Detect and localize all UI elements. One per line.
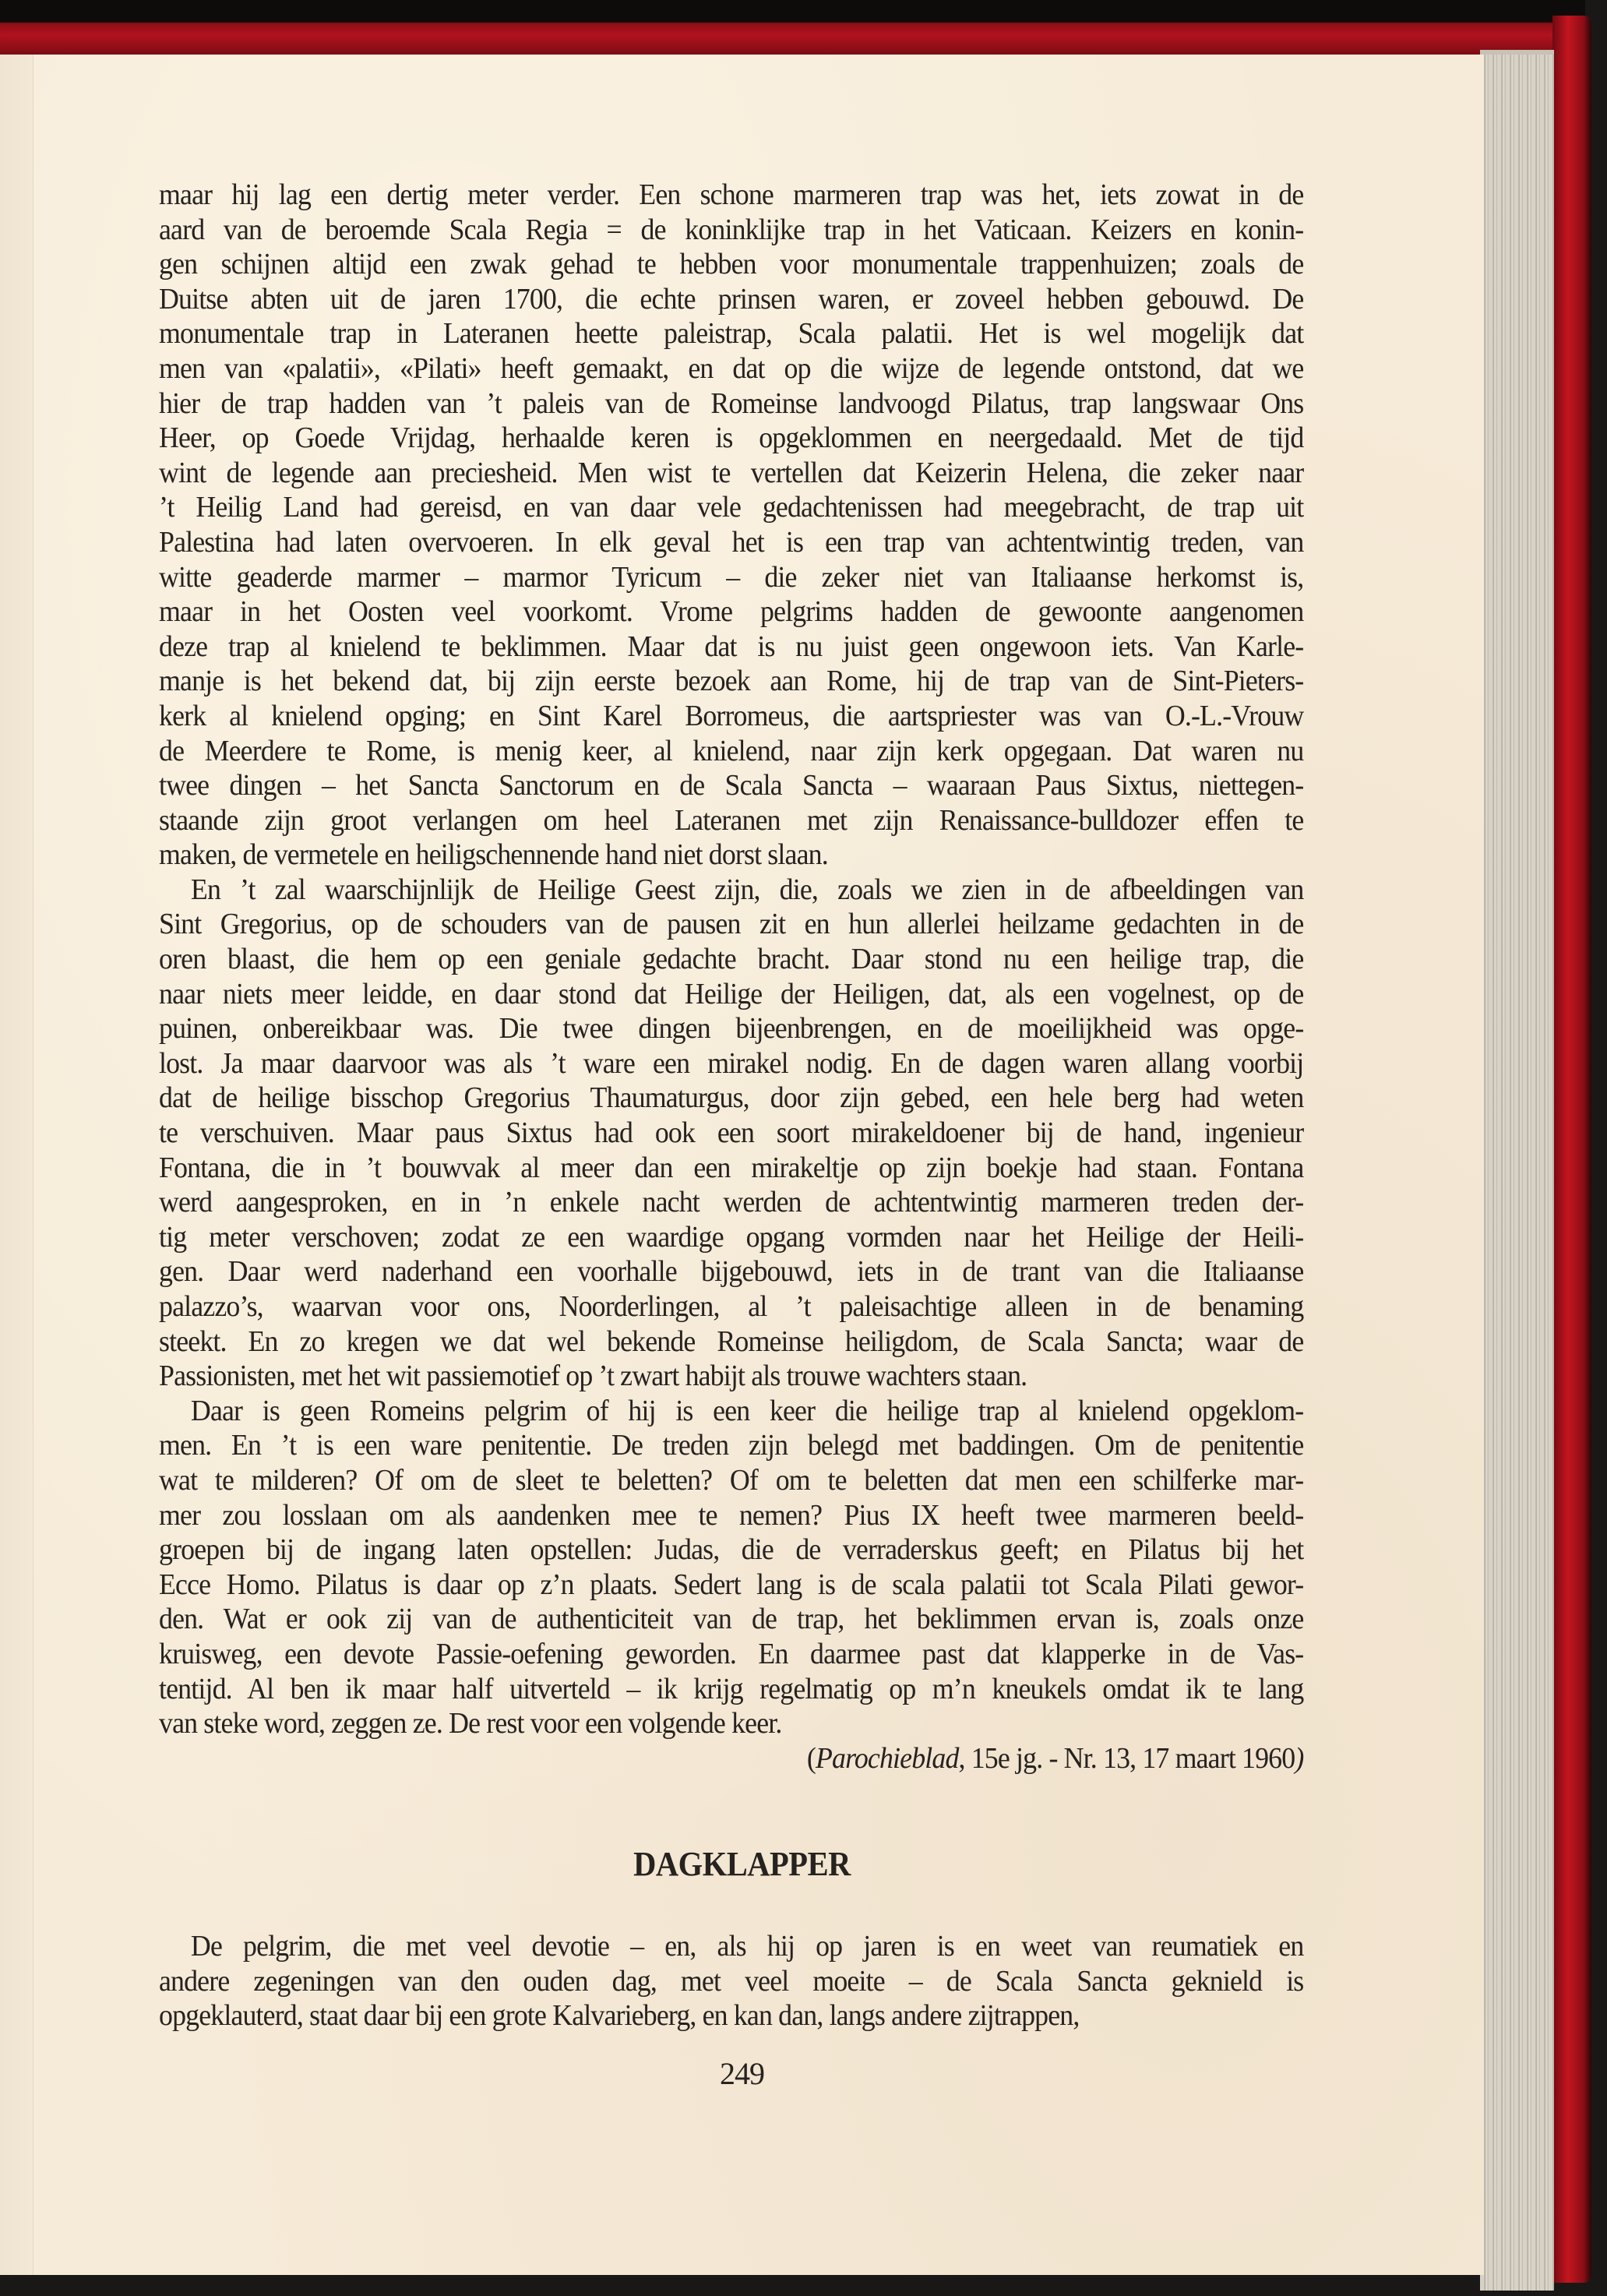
section-heading: DAGKLAPPER [59,1844,1425,1884]
text-line: aard van de beroemde Scala Regia = de ko… [159,213,1303,248]
text-line: En ’t zal waarschijnlijk de Heilige Gees… [159,873,1303,908]
text-line: hier de trap hadden van ’t paleis van de… [159,386,1303,421]
text-line: gen. Daar werd naderhand een voorhalle b… [159,1254,1303,1289]
paragraph: maar hij lag een dertig meter verder. Ee… [159,178,1303,873]
text-line: Fontana, die in ’t bouwvak al meer dan e… [159,1151,1303,1186]
book-binding-top [0,0,1585,56]
text-line: deze trap al knielend te beklimmen. Maar… [159,630,1303,665]
source-citation: (Parochieblad, 15e jg. - Nr. 13, 17 maar… [159,1741,1303,1776]
section-body: De pelgrim, die met veel devotie – en, a… [159,1929,1303,2033]
text-line: andere zegeningen van den ouden dag, met… [159,1964,1303,1999]
text-line: maar hij lag een dertig meter verder. Ee… [159,178,1303,213]
paragraph: En ’t zal waarschijnlijk de Heilige Gees… [159,873,1303,1394]
text-line: te verschuiven. Maar paus Sixtus had ook… [159,1116,1303,1151]
text-line: Heer, op Goede Vrijdag, herhaalde keren … [159,421,1303,456]
text-line: maar in het Oosten veel voorkomt. Vrome … [159,594,1303,630]
text-line: groepen bij de ingang laten opstellen: J… [159,1532,1303,1568]
text-line: gen schijnen altijd een zwak gehad te he… [159,247,1303,282]
citation-paren-open: ( [807,1742,816,1775]
text-line: opgeklauterd, staat daar bij een grote K… [159,1998,1303,2033]
text-line: palazzo’s, waarvan voor ons, Noorderling… [159,1289,1303,1324]
text-line: De pelgrim, die met veel devotie – en, a… [159,1929,1303,1964]
citation-details: , 15e jg. - Nr. 13, 17 maart 1960 [959,1742,1295,1775]
text-line: Ecce Homo. Pilatus is daar op z’n plaats… [159,1568,1303,1603]
text-line: tig meter verschoven; zodat ze een waard… [159,1220,1303,1255]
text-line: steekt. En zo kregen we dat wel bekende … [159,1324,1303,1360]
text-line: Passionisten, met het wit passiemotief o… [159,1359,1303,1394]
text-line: de Meerdere te Rome, is menig keer, al k… [159,734,1303,769]
book-binding-spine-edge [1552,16,1591,2283]
text-line: men van «palatii», «Pilati» heeft gemaak… [159,351,1303,386]
text-line: Palestina had laten overvoeren. In elk g… [159,525,1303,560]
text-line: manje is het bekend dat, bij zijn eerste… [159,664,1303,699]
page-gutter [0,55,33,2275]
text-line: men. En ’t is een ware penitentie. De tr… [159,1428,1303,1463]
citation-paren-close: ) [1295,1742,1303,1775]
paragraph: De pelgrim, die met veel devotie – en, a… [159,1929,1303,2033]
text-line: staande zijn groot verlangen om heel Lat… [159,803,1303,838]
text-line: puinen, onbereikbaar was. Die twee dinge… [159,1011,1303,1046]
text-line: van steke word, zeggen ze. De rest voor … [159,1706,1303,1741]
page-number: 249 [0,2055,1484,2092]
text-line: Duitse abten uit de jaren 1700, die echt… [159,282,1303,317]
text-line: wat te milderen? Of om de sleet te belet… [159,1463,1303,1498]
text-line: naar niets meer leidde, en daar stond da… [159,977,1303,1012]
text-line: Daar is geen Romeins pelgrim of hij is e… [159,1394,1303,1429]
text-line: Sint Gregorius, op de schouders van de p… [159,907,1303,942]
book-page-edges [1480,50,1554,2291]
text-line: kerk al knielend opging; en Sint Karel B… [159,699,1303,734]
text-line: den. Wat er ook zij van de authenticitei… [159,1602,1303,1637]
text-line: mer zou losslaan om als aandenken mee te… [159,1498,1303,1533]
paragraph: Daar is geen Romeins pelgrim of hij is e… [159,1394,1303,1741]
text-line: witte geaderde marmer – marmor Tyricum –… [159,560,1303,595]
text-line: lost. Ja maar daarvoor was als ’t ware e… [159,1046,1303,1081]
article-body: maar hij lag een dertig meter verder. Ee… [159,178,1303,1776]
text-line: oren blaast, die hem op een geniale geda… [159,942,1303,977]
text-line: dat de heilige bisschop Gregorius Thauma… [159,1081,1303,1116]
text-line: ’t Heilig Land had gereisd, en van daar … [159,490,1303,525]
text-line: wint de legende aan preciesheid. Men wis… [159,456,1303,491]
text-line: kruisweg, een devote Passie-oefening gew… [159,1637,1303,1672]
citation-publication: Parochieblad [816,1742,959,1775]
text-line: maken, de vermetele en heiligschennende … [159,838,1303,873]
text-line: monumentale trap in Lateranen heette pal… [159,316,1303,351]
text-line: tentijd. Al ben ik maar half uitverteld … [159,1672,1303,1707]
text-line: werd aangesproken, en in ’n enkele nacht… [159,1185,1303,1220]
text-line: twee dingen – het Sancta Sanctorum en de… [159,768,1303,803]
